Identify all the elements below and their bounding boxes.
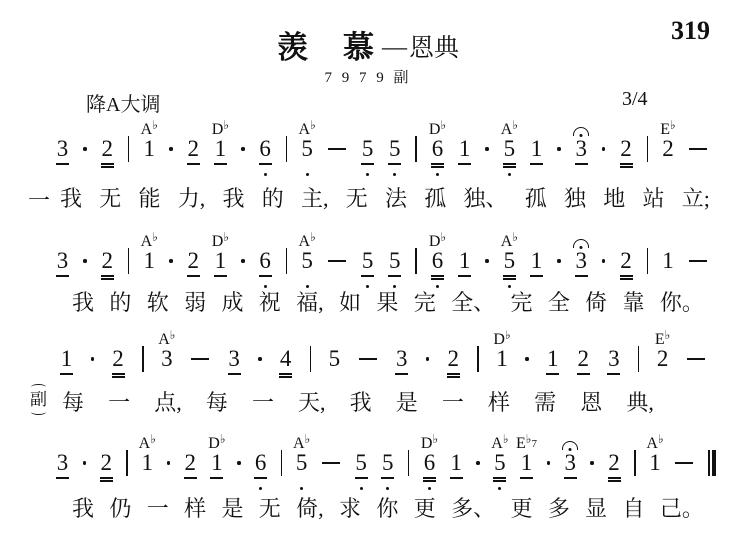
dotted-rhythm-dot	[426, 346, 430, 387]
lyric-char: 独、	[464, 186, 508, 212]
note: E♭2	[662, 136, 674, 177]
low-octave-dot	[306, 285, 309, 288]
lyric-char: 典,	[626, 390, 654, 416]
duration-dash	[674, 450, 694, 491]
octave-underline	[279, 376, 292, 378]
note: 3	[607, 346, 620, 387]
note: 3	[228, 346, 241, 387]
note: 2	[101, 136, 114, 177]
lyric-char: 恩	[580, 390, 602, 416]
lyrics-line-4: 我仍一样是无倚,求你更多、更多显自己。	[72, 496, 704, 522]
barline	[128, 136, 130, 177]
barline	[310, 346, 312, 387]
octave-underline	[458, 163, 471, 165]
note: 2	[187, 136, 200, 177]
flat-icon: ♭	[658, 432, 664, 446]
note: 1	[546, 346, 559, 387]
note: 2	[577, 346, 590, 387]
octave-underline	[184, 477, 197, 479]
octave-underline	[112, 376, 125, 378]
flat-icon: ♭	[152, 230, 158, 244]
music-line-2: 32A♭12D♭16A♭555D♭61A♭51321	[56, 248, 708, 289]
low-octave-dot	[508, 173, 511, 176]
octave-underline	[503, 163, 516, 165]
hymn-sheet-page: 319 羡 慕—恩典 7 9 7 9 副 降A大调 3/4 32A♭12D♭16…	[0, 0, 736, 557]
octave-underline	[187, 275, 200, 277]
fermata-dot	[580, 246, 583, 249]
low-octave-dot	[264, 173, 267, 176]
note: 3	[56, 450, 69, 491]
dotted-rhythm-dot	[241, 248, 245, 289]
low-octave-dot	[508, 285, 511, 288]
chord-root: A	[293, 435, 305, 452]
lyric-char: 孤	[525, 186, 547, 212]
flat-icon: ♭	[170, 328, 176, 342]
barline	[415, 248, 417, 289]
octave-underline	[56, 477, 69, 479]
note: 3	[56, 136, 69, 177]
lyric-char: 一	[442, 390, 464, 416]
lyric-char: 弱	[184, 290, 206, 316]
lyric-char: 软	[147, 290, 169, 316]
dotted-rhythm-dot	[169, 248, 173, 289]
dotted-rhythm-dot	[476, 450, 480, 491]
octave-underline	[458, 275, 471, 277]
music-line-4: 32A♭12D♭16A♭555D♭61A♭5E♭7132A♭1	[56, 450, 716, 491]
barline	[286, 248, 288, 289]
octave-underline	[259, 163, 272, 165]
dotted-rhythm-dot	[485, 136, 489, 177]
octave-underline	[431, 275, 444, 277]
octave-underline	[503, 166, 516, 168]
octave-underline	[620, 278, 633, 280]
note: 5	[381, 450, 394, 491]
dotted-rhythm-dot	[525, 346, 529, 387]
chord-label: D♭	[493, 327, 510, 348]
note: 1	[458, 136, 471, 177]
lyric-char: 倚	[585, 290, 607, 316]
dotted-rhythm-dot	[485, 248, 489, 289]
barline	[408, 450, 410, 491]
barline	[281, 450, 283, 491]
lyric-char: 无	[259, 496, 281, 522]
duration-dash	[358, 346, 378, 387]
lyric-char: 你。	[660, 290, 704, 316]
note: D♭1	[210, 450, 223, 491]
note: 3	[575, 248, 588, 289]
note: 6	[259, 136, 272, 177]
octave-underline	[546, 373, 559, 375]
lyric-char: 果	[376, 290, 398, 316]
note: A♭1	[144, 248, 156, 289]
duration-dash	[688, 248, 708, 289]
flat-icon: ♭	[432, 432, 438, 446]
lyric-char: 一	[147, 496, 169, 522]
chord-root: E	[655, 331, 665, 348]
flat-icon: ♭	[220, 432, 226, 446]
octave-underline	[431, 166, 444, 168]
octave-underline	[259, 275, 272, 277]
chord-root: E	[660, 121, 670, 138]
lyric-char: 靠	[623, 290, 645, 316]
barline	[286, 136, 288, 177]
octave-underline	[187, 163, 200, 165]
note: E♭2	[657, 346, 669, 387]
octave-underline	[56, 275, 69, 277]
lyric-char: 祝	[259, 290, 281, 316]
music-line-1: 32A♭12D♭16A♭555D♭61A♭5132E♭2	[56, 136, 708, 177]
octave-underline	[431, 163, 444, 165]
lyric-char: 的	[262, 186, 284, 212]
lyric-char: 一	[252, 390, 274, 416]
lyric-char: 每	[206, 390, 228, 416]
octave-underline	[214, 163, 227, 165]
low-octave-dot	[360, 487, 363, 490]
lyric-char: 全	[548, 290, 570, 316]
lyric-char: 力,	[178, 186, 206, 212]
chord-root: A	[139, 435, 151, 452]
verse-number: 一	[28, 188, 50, 214]
note: 5	[361, 136, 374, 177]
lyric-char: 天,	[298, 390, 326, 416]
lyric-char: 孤	[424, 186, 446, 212]
chord-label: A♭	[293, 431, 310, 452]
low-octave-dot	[259, 487, 262, 490]
note: 1	[60, 346, 73, 387]
note: 3	[575, 136, 588, 177]
chord-label: D♭	[212, 117, 229, 138]
note: 1	[458, 248, 471, 289]
octave-underline	[493, 477, 506, 479]
octave-underline	[450, 477, 463, 479]
note: A♭3	[161, 346, 173, 387]
hymn-title-sub: 恩典	[409, 35, 459, 62]
chord-label: D♭	[429, 117, 446, 138]
chord-root: A	[141, 121, 153, 138]
chord-label: E♭7	[516, 431, 537, 452]
dotted-rhythm-dot	[590, 450, 594, 491]
lyric-char: 独	[564, 186, 586, 212]
lyric-char: 多	[548, 496, 570, 522]
lyric-char: 更	[510, 496, 532, 522]
octave-underline	[577, 373, 590, 375]
note: 4	[279, 346, 292, 387]
dotted-rhythm-dot	[167, 450, 171, 491]
chord-root: A	[501, 121, 513, 138]
duration-dash	[688, 136, 708, 177]
octave-underline	[608, 480, 621, 482]
lyric-char: 我	[60, 186, 82, 212]
note: 5	[361, 248, 374, 289]
note: 1	[530, 248, 543, 289]
low-octave-dot	[498, 487, 501, 490]
low-octave-dot	[366, 285, 369, 288]
note: A♭5	[493, 450, 506, 491]
dotted-rhythm-dot	[83, 136, 87, 177]
chord-label: A♭	[158, 327, 175, 348]
octave-underline	[361, 163, 374, 165]
chord-root: D	[212, 121, 224, 138]
flat-icon: ♭	[440, 230, 446, 244]
lyric-char: 无	[99, 186, 121, 212]
low-octave-dot	[386, 487, 389, 490]
octave-underline	[100, 477, 113, 479]
flat-icon: ♭	[150, 432, 156, 446]
chord-label: A♭	[141, 229, 158, 250]
dotted-rhythm-dot	[557, 248, 561, 289]
octave-underline	[564, 477, 577, 479]
note: 2	[447, 346, 460, 387]
dotted-rhythm-dot	[83, 450, 87, 491]
note: 2	[608, 450, 621, 491]
lyric-char: 是	[396, 390, 418, 416]
note: 2	[101, 248, 114, 289]
barline	[415, 136, 417, 177]
note: D♭1	[496, 346, 508, 387]
dotted-rhythm-dot	[258, 346, 262, 387]
note: 1	[450, 450, 463, 491]
lyric-char: 地	[603, 186, 625, 212]
chord-root: D	[212, 233, 224, 250]
chord-root: A	[158, 331, 170, 348]
octave-underline	[520, 477, 533, 479]
note: A♭5	[301, 136, 313, 177]
chord-label: A♭	[141, 117, 158, 138]
refrain-marker: 副	[30, 384, 47, 415]
meter-label: 7 9 7 9 副	[0, 66, 736, 87]
flat-icon: ♭	[512, 118, 518, 132]
low-octave-dot	[436, 173, 439, 176]
low-octave-dot	[393, 285, 396, 288]
lyric-char: 自	[623, 496, 645, 522]
octave-underline	[447, 373, 460, 375]
note: A♭1	[142, 450, 154, 491]
chord-root: A	[299, 121, 311, 138]
lyric-char: 每	[62, 390, 84, 416]
music-line-3: 12A♭334532D♭1123E♭2	[60, 346, 706, 387]
lyric-char: 你	[376, 496, 398, 522]
lyrics-line-1: 我无能力,我的主,无法孤独、孤独地站立;	[60, 186, 710, 212]
note: 1	[662, 248, 674, 289]
lyric-char: 完	[510, 290, 532, 316]
dotted-rhythm-dot	[169, 136, 173, 177]
chord-label: A♭	[501, 117, 518, 138]
chord-root: D	[429, 233, 441, 250]
octave-underline	[101, 278, 114, 280]
lyric-char: 点,	[154, 390, 182, 416]
dotted-rhythm-dot	[91, 346, 95, 387]
low-octave-dot	[306, 173, 309, 176]
flat-icon: ♭	[223, 230, 229, 244]
octave-underline	[431, 278, 444, 280]
refrain-label: 副	[30, 390, 47, 409]
note: 2	[112, 346, 125, 387]
octave-underline	[423, 477, 436, 479]
lyric-char: 显	[585, 496, 607, 522]
note: 6	[259, 248, 272, 289]
duration-dash	[686, 346, 706, 387]
chord-label: A♭	[299, 229, 316, 250]
note: D♭6	[431, 136, 444, 177]
hymn-title-main: 羡 慕	[277, 30, 376, 65]
duration-dash	[190, 346, 210, 387]
chord-label: D♭	[208, 431, 225, 452]
flat-icon: ♭	[310, 118, 316, 132]
lyric-char: 一	[108, 390, 130, 416]
duration-dash	[321, 450, 341, 491]
fermata-icon	[573, 239, 589, 249]
flat-icon: ♭	[503, 432, 509, 446]
chord-label: A♭	[646, 431, 663, 452]
lyric-char: 我	[350, 390, 372, 416]
octave-underline	[388, 163, 401, 165]
fermata-dot	[580, 134, 583, 137]
low-octave-dot	[436, 285, 439, 288]
lyrics-line-2: 我的软弱成祝福,如果完全、完全倚靠你。	[72, 290, 704, 316]
note: A♭5	[301, 248, 313, 289]
octave-underline	[388, 275, 401, 277]
barline	[634, 450, 636, 491]
note: 5	[388, 248, 401, 289]
octave-underline	[620, 275, 633, 277]
chord-label: D♭	[421, 431, 438, 452]
flat-icon: ♭	[223, 118, 229, 132]
lyric-char: 的	[109, 290, 131, 316]
note: 3	[564, 450, 577, 491]
octave-underline	[101, 163, 114, 165]
note: A♭1	[649, 450, 661, 491]
fermata-dot	[569, 448, 572, 451]
octave-underline	[60, 373, 73, 375]
octave-underline	[101, 166, 114, 168]
note: 2	[620, 248, 633, 289]
octave-underline	[228, 373, 241, 375]
octave-underline	[100, 480, 113, 482]
flat-icon: ♭	[512, 230, 518, 244]
duration-dash	[327, 248, 347, 289]
chord-root: A	[501, 233, 513, 250]
lyric-char: 更	[414, 496, 436, 522]
lyric-char: 我	[72, 496, 94, 522]
barline	[647, 248, 649, 289]
note: 3	[56, 248, 69, 289]
flat-icon: ♭	[505, 328, 511, 342]
note: 2	[184, 450, 197, 491]
chord-label: A♭	[491, 431, 508, 452]
fermata-icon	[562, 441, 578, 451]
octave-underline	[620, 163, 633, 165]
octave-underline	[530, 163, 543, 165]
note: 5	[388, 136, 401, 177]
low-octave-dot	[393, 173, 396, 176]
dotted-rhythm-dot	[602, 248, 606, 289]
low-octave-dot	[428, 487, 431, 490]
chord-root: A	[299, 233, 311, 250]
lyric-char: 法	[385, 186, 407, 212]
octave-underline	[56, 163, 69, 165]
octave-underline	[530, 275, 543, 277]
lyric-char: 己。	[660, 496, 704, 522]
flat-icon: ♭	[152, 118, 158, 132]
chord-root: D	[421, 435, 433, 452]
octave-underline	[575, 275, 588, 277]
barline	[647, 136, 649, 177]
note: D♭6	[431, 248, 444, 289]
note: 6	[254, 450, 267, 491]
octave-underline	[503, 278, 516, 280]
lyric-char: 站	[643, 186, 665, 212]
lyric-char: 我	[223, 186, 245, 212]
flat-icon: ♭	[310, 230, 316, 244]
octave-underline	[214, 275, 227, 277]
lyric-char: 多、	[451, 496, 495, 522]
lyric-char: 是	[221, 496, 243, 522]
bracket-bottom-icon	[31, 409, 46, 415]
lyric-char: 仍	[109, 496, 131, 522]
chord-root: D	[493, 331, 505, 348]
chord-root: E	[516, 435, 526, 452]
note: 5	[355, 450, 368, 491]
lyric-char: 倚,	[296, 496, 324, 522]
octave-underline	[361, 275, 374, 277]
dotted-rhythm-dot	[237, 450, 241, 491]
octave-underline	[503, 275, 516, 277]
note: 2	[620, 136, 633, 177]
octave-underline	[493, 480, 506, 482]
octave-underline	[575, 163, 588, 165]
lyric-char: 样	[184, 496, 206, 522]
chord-root: A	[646, 435, 658, 452]
note: D♭6	[423, 450, 436, 491]
flat-icon: ♭	[305, 432, 311, 446]
octave-underline	[381, 477, 394, 479]
lyric-char: 我	[72, 290, 94, 316]
flat-icon: ♭	[670, 118, 676, 132]
dotted-rhythm-dot	[547, 450, 551, 491]
note: 3	[395, 346, 408, 387]
barline	[142, 346, 144, 387]
octave-underline	[607, 373, 620, 375]
chord-label: D♭	[429, 229, 446, 250]
fermata-icon	[573, 127, 589, 137]
note: A♭1	[144, 136, 156, 177]
barline	[477, 346, 479, 387]
lyric-char: 成	[221, 290, 243, 316]
lyric-char: 需	[534, 390, 556, 416]
chord-label: E♭	[655, 327, 670, 348]
octave-underline	[447, 376, 460, 378]
note: D♭1	[214, 136, 227, 177]
final-barline	[708, 450, 716, 491]
lyrics-line-3: 每一点,每一天,我是一样需恩典,	[62, 390, 654, 416]
chord-label: E♭	[660, 117, 675, 138]
octave-underline	[101, 275, 114, 277]
low-octave-dot	[264, 285, 267, 288]
chord-seventh: 7	[531, 438, 537, 450]
chord-root: D	[429, 121, 441, 138]
note: D♭1	[214, 248, 227, 289]
lyric-char: 立;	[682, 186, 710, 212]
lyric-char: 全、	[451, 290, 495, 316]
barline	[128, 248, 130, 289]
note: 2	[187, 248, 200, 289]
lyric-char: 样	[488, 390, 510, 416]
octave-underline	[254, 477, 267, 479]
barline	[126, 450, 128, 491]
chord-label: A♭	[139, 431, 156, 452]
octave-underline	[112, 373, 125, 375]
dotted-rhythm-dot	[557, 136, 561, 177]
